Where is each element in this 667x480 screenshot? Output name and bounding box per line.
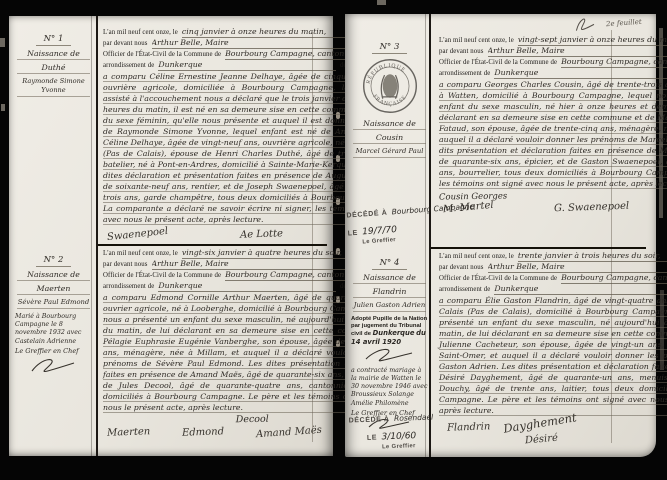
stamp-label: DÉCÉDÉ À bbox=[346, 210, 387, 220]
act-number: N° 1 bbox=[36, 34, 72, 46]
entry-flandrin: N° 4 Naissance de Flandrin Julien Gaston… bbox=[345, 250, 656, 456]
margin-column: N° 2 Naissance de Maerten Sévère Paul Ed… bbox=[9, 247, 95, 455]
signature: Amand Maës bbox=[256, 425, 323, 441]
margin-birth-label: Naissance de bbox=[353, 119, 426, 130]
greffier-signature-flourish-icon bbox=[362, 347, 418, 363]
form-line-officiant: par devant nous Arthur Belle, Maire bbox=[439, 261, 667, 272]
margin-given-names: Raymonde Simone Yvonne bbox=[17, 77, 90, 97]
left-page: N° 1 Naissance de Duthé Raymonde Simone … bbox=[9, 16, 333, 456]
signature: Ae Lotte bbox=[239, 228, 282, 240]
margin-given-names: Sévère Paul Edmond bbox=[17, 298, 90, 309]
handwritten-arrondissement-fill: Dunkerque bbox=[494, 283, 667, 295]
form-line-arrondissement: arrondissement de Dunkerque département … bbox=[439, 283, 667, 294]
act-body-text: a comparu Georges Charles Cousin, âgé de… bbox=[439, 79, 667, 189]
greffier-signature-flourish-icon bbox=[28, 355, 80, 377]
entry-duthe: N° 1 Naissance de Duthé Raymonde Simone … bbox=[9, 26, 333, 242]
register-scan: N° 1 Naissance de Duthé Raymonde Simone … bbox=[0, 0, 667, 480]
stamp-handwriting: 3/10/60 bbox=[381, 431, 416, 442]
entry-cousin: N° 3 RÉPUBLIQUE FRANÇAISE Naissance de C… bbox=[345, 34, 656, 244]
handwritten-arrondissement-fill: Dunkerque bbox=[494, 67, 667, 79]
form-printed-label: arrondissement de bbox=[439, 284, 490, 295]
greffier-signoff: Le Greffier en Chef bbox=[15, 347, 92, 355]
margin-birth-label: Naissance de bbox=[17, 49, 90, 60]
republique-francaise-seal-icon: RÉPUBLIQUE FRANÇAISE bbox=[361, 57, 419, 115]
stamp-handwriting: 19/7/70 bbox=[362, 225, 397, 237]
signature: Désiré bbox=[525, 433, 559, 447]
act-body-text: a comparu Élie Gaston Flandrin, âgé de v… bbox=[439, 295, 667, 416]
entry-maerten: N° 2 Naissance de Maerten Sévère Paul Ed… bbox=[9, 247, 333, 455]
form-printed-label: arrondissement de bbox=[103, 60, 154, 71]
margin-surname: Flandrin bbox=[353, 287, 426, 298]
marriage-margin-note: a contracté mariage à la mairie de Watte… bbox=[351, 367, 428, 408]
margin-surname: Cousin bbox=[353, 133, 426, 144]
signature-row: Flandrin Dayghement Désiré A Belle bbox=[439, 416, 667, 452]
margin-birth-label: Naissance de bbox=[353, 273, 426, 284]
handwritten-arrondissement-fill: Dunkerque bbox=[158, 280, 336, 292]
adoption-stamp-note: Adopté Pupille de la Nation par jugement… bbox=[351, 316, 428, 347]
signature: Swaenepoel bbox=[107, 226, 169, 243]
film-edge-mark bbox=[0, 38, 5, 47]
form-printed-label: par devant nous bbox=[103, 259, 148, 270]
deceased-stamp: DÉCÉDÉ À Bourbourg Campagne LE 19/7/70 L… bbox=[346, 196, 477, 247]
margin-given-names: Julien Gaston Adrien bbox=[353, 301, 426, 312]
act-column: L'an mil neuf cent onze, le trente janvi… bbox=[431, 250, 667, 456]
margin-column: N° 1 Naissance de Duthé Raymonde Simone … bbox=[9, 26, 95, 242]
margin-surname: Duthé bbox=[17, 63, 90, 74]
margin-given-names: Marcel Gérard Paul bbox=[353, 147, 426, 158]
act-number: N° 2 bbox=[36, 255, 72, 267]
form-printed-label: par devant nous bbox=[439, 46, 484, 57]
stamp-handwriting: Dunkerque bbox=[373, 329, 415, 337]
deceased-stamp: DÉCÉDÉ À Rosendael LE 3/10/60 Le Greffie… bbox=[348, 407, 434, 452]
marriage-margin-note: Marié à Bourbourg Campagne le 8 novembre… bbox=[15, 313, 92, 346]
signature: Flandrin bbox=[447, 421, 491, 434]
form-printed-label: arrondissement de bbox=[439, 68, 490, 79]
signature: Maerten bbox=[107, 426, 151, 439]
form-line-officiant: par devant nous Arthur Belle, Maire bbox=[439, 45, 667, 56]
form-printed-label: par devant nous bbox=[439, 262, 484, 273]
handwritten-arrondissement-fill: Dunkerque bbox=[158, 59, 336, 71]
margin-column: N° 4 Naissance de Flandrin Julien Gaston… bbox=[345, 250, 431, 456]
stamp-handwriting: Bourbourg Campagne bbox=[391, 202, 474, 217]
signature: Edmond bbox=[182, 426, 224, 438]
act-number: N° 3 bbox=[372, 42, 408, 54]
entry-divider bbox=[431, 247, 646, 249]
right-page: 2e feuillet N° 3 RÉPUBLIQUE FRANÇAISE Na… bbox=[345, 14, 656, 457]
entry-divider bbox=[98, 244, 327, 246]
stamp-handwriting: Rosendael bbox=[394, 413, 433, 423]
scanner-notch bbox=[377, 0, 386, 5]
form-line-commune: Officier de l'État-Civil de la Commune d… bbox=[439, 272, 667, 283]
margin-birth-label: Naissance de bbox=[17, 270, 90, 281]
act-number: N° 4 bbox=[372, 258, 408, 270]
corner-folio-note: 2e feuillet bbox=[606, 18, 642, 28]
margin-surname: Maerten bbox=[17, 284, 90, 295]
signature: G. Swaenepoel bbox=[554, 201, 630, 215]
form-line-arrondissement: arrondissement de Dunkerque département … bbox=[439, 67, 667, 78]
form-line-date: L'an mil neuf cent onze, le vingt-sept j… bbox=[439, 34, 667, 45]
form-line-date: L'an mil neuf cent onze, le trente janvi… bbox=[439, 250, 667, 261]
form-line-commune: Officier de l'État-Civil de la Commune d… bbox=[439, 56, 667, 67]
paraph-flourish-icon bbox=[571, 15, 598, 35]
stamp-label: LE bbox=[367, 435, 377, 442]
film-edge-mark bbox=[1, 104, 5, 111]
form-printed-label: arrondissement de bbox=[103, 281, 154, 292]
stamp-label: LE bbox=[348, 230, 359, 238]
stamp-label: Le Greffier bbox=[364, 443, 435, 451]
stamp-label: DÉCÉDÉ À bbox=[349, 416, 390, 424]
form-printed-label: par devant nous bbox=[103, 38, 148, 49]
